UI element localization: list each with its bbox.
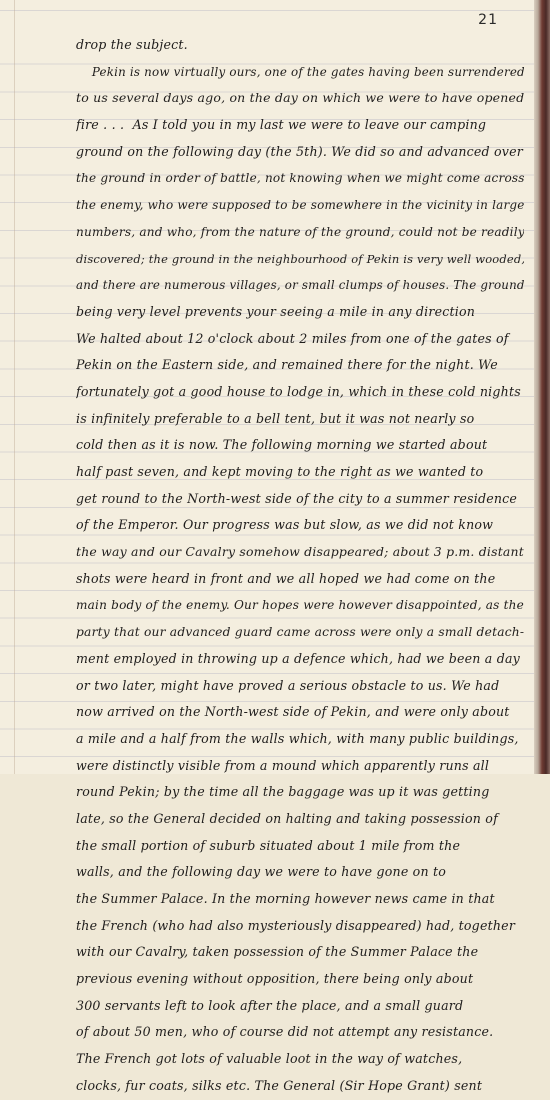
text-line: discovered; the ground in the neighbourh…: [76, 246, 524, 273]
text-line: the ground in order of battle, not knowi…: [76, 165, 524, 192]
text-line: We halted about 12 o'clock about 2 miles…: [76, 326, 524, 353]
text-line: Pekin on the Eastern side, and remained …: [76, 352, 524, 379]
text-line: get round to the North-west side of the …: [76, 486, 524, 513]
text-line: shots were heard in front and we all hop…: [76, 566, 524, 593]
text-line: and there are numerous villages, or smal…: [76, 272, 524, 299]
text-line: of the Emperor. Our progress was but slo…: [76, 512, 524, 539]
text-line: were distinctly visible from a mound whi…: [76, 753, 524, 774]
page-number: 21: [478, 12, 498, 28]
text-line: numbers, and who, from the nature of the…: [76, 219, 524, 246]
handwritten-text: drop the subject. Pekin is now virtually…: [76, 32, 524, 774]
text-line: party that our advanced guard came acros…: [76, 619, 524, 646]
text-line: now arrived on the North-west side of Pe…: [76, 699, 524, 726]
text-line: fortunately got a good house to lodge in…: [76, 379, 524, 406]
text-line: ment employed in throwing up a defence w…: [76, 646, 524, 673]
text-line: the way and our Cavalry somehow disappea…: [76, 539, 524, 566]
text-line: or two later, might have proved a seriou…: [76, 673, 524, 700]
text-line: drop the subject.: [76, 32, 524, 59]
book-binding-edge: [534, 0, 550, 774]
text-line: ground on the following day (the 5th). W…: [76, 139, 524, 166]
text-line: being very level prevents your seeing a …: [76, 299, 524, 326]
text-line: a mile and a half from the walls which, …: [76, 726, 524, 753]
text-line: the enemy, who were supposed to be somew…: [76, 192, 524, 219]
text-line: Pekin is now virtually ours, one of the …: [76, 59, 524, 86]
text-line: half past seven, and kept moving to the …: [76, 459, 524, 486]
text-line: main body of the enemy. Our hopes were h…: [76, 592, 524, 619]
manuscript-page: 21 drop the subject. Pekin is now virtua…: [0, 0, 534, 774]
text-line: fire . . . As I told you in my last we w…: [76, 112, 524, 139]
text-line: is infinitely preferable to a bell tent,…: [76, 406, 524, 433]
text-line: to us several days ago, on the day on wh…: [76, 85, 524, 112]
margin-rule: [14, 0, 15, 774]
text-line: cold then as it is now. The following mo…: [76, 432, 524, 459]
